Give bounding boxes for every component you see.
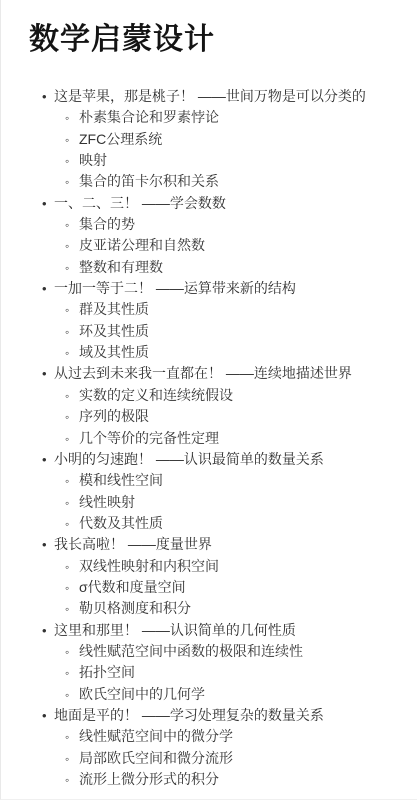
circle-bullet-icon: ◦ — [65, 130, 79, 150]
bullet-icon: • — [42, 621, 54, 641]
section-row: • 我长高啦！ ——度量世界 — [1, 534, 417, 555]
circle-bullet-icon: ◦ — [65, 386, 79, 406]
circle-bullet-icon: ◦ — [65, 471, 79, 491]
outline-item: 皮亚诺公理和自然数 — [79, 235, 205, 255]
section-title: 一、二、三！ ——学会数数 — [54, 193, 226, 213]
circle-bullet-icon: ◦ — [65, 770, 79, 790]
outline-item: 朴素集合论和罗素悖论 — [79, 107, 219, 127]
circle-bullet-icon: ◦ — [65, 322, 79, 342]
item-row: ◦ 群及其性质 — [1, 299, 417, 320]
bullet-icon: • — [42, 279, 54, 299]
section-title: 小明的匀速跑！ ——认识最简单的数量关系 — [54, 449, 324, 469]
circle-bullet-icon: ◦ — [65, 258, 79, 278]
bullet-icon: • — [42, 87, 54, 107]
outline-section: • 地面是平的！ ——学习处理复杂的数量关系 ◦ 线性赋范空间中的微分学 ◦ 局… — [1, 705, 417, 790]
item-row: ◦ 集合的势 — [1, 214, 417, 235]
circle-bullet-icon: ◦ — [65, 108, 79, 128]
outline-list: • 这是苹果，那是桃子！ ——世间万物是可以分类的 ◦ 朴素集合论和罗素悖论 ◦… — [1, 86, 417, 790]
section-row: • 小明的匀速跑！ ——认识最简单的数量关系 — [1, 449, 417, 470]
section-title: 我长高啦！ ——度量世界 — [54, 534, 212, 554]
section-title: 地面是平的！ ——学习处理复杂的数量关系 — [54, 705, 324, 725]
bullet-icon: • — [42, 194, 54, 214]
outline-item: 局部欧氏空间和微分流形 — [79, 748, 233, 768]
outline-item: 整数和有理数 — [79, 257, 163, 277]
section-title: 这里和那里！ ——认识简单的几何性质 — [54, 620, 296, 640]
page-title: 数学启蒙设计 — [1, 0, 417, 58]
section-title: 一加一等于二！ ——运算带来新的结构 — [54, 278, 296, 298]
outline-section: • 小明的匀速跑！ ——认识最简单的数量关系 ◦ 模和线性空间 ◦ 线性映射 ◦… — [1, 449, 417, 534]
circle-bullet-icon: ◦ — [65, 343, 79, 363]
circle-bullet-icon: ◦ — [65, 300, 79, 320]
item-row: ◦ σ代数和度量空间 — [1, 577, 417, 598]
circle-bullet-icon: ◦ — [65, 578, 79, 598]
outline-item: 拓扑空间 — [79, 662, 135, 682]
circle-bullet-icon: ◦ — [65, 749, 79, 769]
circle-bullet-icon: ◦ — [65, 151, 79, 171]
item-row: ◦ 朴素集合论和罗素悖论 — [1, 107, 417, 128]
outline-item: 映射 — [79, 150, 107, 170]
outline-section: • 从过去到未来我一直都在！ ——连续地描述世界 ◦ 实数的定义和连续统假设 ◦… — [1, 363, 417, 448]
outline-item: 双线性映射和内积空间 — [79, 556, 219, 576]
circle-bullet-icon: ◦ — [65, 429, 79, 449]
circle-bullet-icon: ◦ — [65, 172, 79, 192]
item-row: ◦ 域及其性质 — [1, 342, 417, 363]
circle-bullet-icon: ◦ — [65, 642, 79, 662]
outline-section: • 我长高啦！ ——度量世界 ◦ 双线性映射和内积空间 ◦ σ代数和度量空间 ◦… — [1, 534, 417, 619]
section-row: • 这里和那里！ ——认识简单的几何性质 — [1, 620, 417, 641]
circle-bullet-icon: ◦ — [65, 514, 79, 534]
outline-section: • 一、二、三！ ——学会数数 ◦ 集合的势 ◦ 皮亚诺公理和自然数 ◦ 整数和… — [1, 193, 417, 278]
section-row: • 一、二、三！ ——学会数数 — [1, 193, 417, 214]
section-title: 从过去到未来我一直都在！ ——连续地描述世界 — [54, 363, 352, 383]
outline-item: 集合的笛卡尔积和关系 — [79, 171, 219, 191]
section-row: • 从过去到未来我一直都在！ ——连续地描述世界 — [1, 363, 417, 384]
item-row: ◦ 线性赋范空间中的微分学 — [1, 726, 417, 747]
outline-item: σ代数和度量空间 — [79, 577, 186, 597]
item-row: ◦ 局部欧氏空间和微分流形 — [1, 748, 417, 769]
item-row: ◦ 双线性映射和内积空间 — [1, 556, 417, 577]
item-row: ◦ 集合的笛卡尔积和关系 — [1, 171, 417, 192]
item-row: ◦ 整数和有理数 — [1, 257, 417, 278]
outline-item: 环及其性质 — [79, 321, 149, 341]
circle-bullet-icon: ◦ — [65, 685, 79, 705]
item-row: ◦ 流形上微分形式的积分 — [1, 769, 417, 790]
section-title: 这是苹果，那是桃子！ ——世间万物是可以分类的 — [54, 86, 366, 106]
item-row: ◦ 线性赋范空间中函数的极限和连续性 — [1, 641, 417, 662]
document-page: 数学启蒙设计 • 这是苹果，那是桃子！ ——世间万物是可以分类的 ◦ 朴素集合论… — [0, 0, 417, 800]
item-row: ◦ 拓扑空间 — [1, 662, 417, 683]
item-row: ◦ 皮亚诺公理和自然数 — [1, 235, 417, 256]
outline-item: 欧氏空间中的几何学 — [79, 684, 205, 704]
item-row: ◦ 线性映射 — [1, 492, 417, 513]
bullet-icon: • — [42, 364, 54, 384]
item-row: ◦ 几个等价的完备性定理 — [1, 428, 417, 449]
outline-item: 实数的定义和连续统假设 — [79, 385, 233, 405]
outline-section: • 这是苹果，那是桃子！ ——世间万物是可以分类的 ◦ 朴素集合论和罗素悖论 ◦… — [1, 86, 417, 193]
bullet-icon: • — [42, 706, 54, 726]
section-row: • 一加一等于二！ ——运算带来新的结构 — [1, 278, 417, 299]
outline-section: • 这里和那里！ ——认识简单的几何性质 ◦ 线性赋范空间中函数的极限和连续性 … — [1, 620, 417, 705]
circle-bullet-icon: ◦ — [65, 663, 79, 683]
item-row: ◦ 代数及其性质 — [1, 513, 417, 534]
outline-item: 代数及其性质 — [79, 513, 163, 533]
outline-item: 流形上微分形式的积分 — [79, 769, 219, 789]
bullet-icon: • — [42, 535, 54, 555]
item-row: ◦ 欧氏空间中的几何学 — [1, 684, 417, 705]
circle-bullet-icon: ◦ — [65, 215, 79, 235]
outline-item: 几个等价的完备性定理 — [79, 428, 219, 448]
item-row: ◦ 实数的定义和连续统假设 — [1, 385, 417, 406]
item-row: ◦ 序列的极限 — [1, 406, 417, 427]
outline-section: • 一加一等于二！ ——运算带来新的结构 ◦ 群及其性质 ◦ 环及其性质 ◦ 域… — [1, 278, 417, 363]
outline-item: 群及其性质 — [79, 299, 149, 319]
item-row: ◦ 模和线性空间 — [1, 470, 417, 491]
outline-item: 线性赋范空间中函数的极限和连续性 — [79, 641, 303, 661]
circle-bullet-icon: ◦ — [65, 727, 79, 747]
outline-item: 域及其性质 — [79, 342, 149, 362]
outline-item: 线性赋范空间中的微分学 — [79, 726, 233, 746]
item-row: ◦ ZFC公理系统 — [1, 129, 417, 150]
section-row: • 地面是平的！ ——学习处理复杂的数量关系 — [1, 705, 417, 726]
circle-bullet-icon: ◦ — [65, 493, 79, 513]
outline-item: 序列的极限 — [79, 406, 149, 426]
circle-bullet-icon: ◦ — [65, 557, 79, 577]
circle-bullet-icon: ◦ — [65, 599, 79, 619]
outline-item: 模和线性空间 — [79, 470, 163, 490]
bullet-icon: • — [42, 450, 54, 470]
outline-item: ZFC公理系统 — [79, 129, 162, 149]
outline-item: 集合的势 — [79, 214, 135, 234]
outline-item: 勒贝格测度和积分 — [79, 598, 191, 618]
circle-bullet-icon: ◦ — [65, 407, 79, 427]
item-row: ◦ 环及其性质 — [1, 321, 417, 342]
circle-bullet-icon: ◦ — [65, 236, 79, 256]
item-row: ◦ 勒贝格测度和积分 — [1, 598, 417, 619]
section-row: • 这是苹果，那是桃子！ ——世间万物是可以分类的 — [1, 86, 417, 107]
outline-item: 线性映射 — [79, 492, 135, 512]
item-row: ◦ 映射 — [1, 150, 417, 171]
